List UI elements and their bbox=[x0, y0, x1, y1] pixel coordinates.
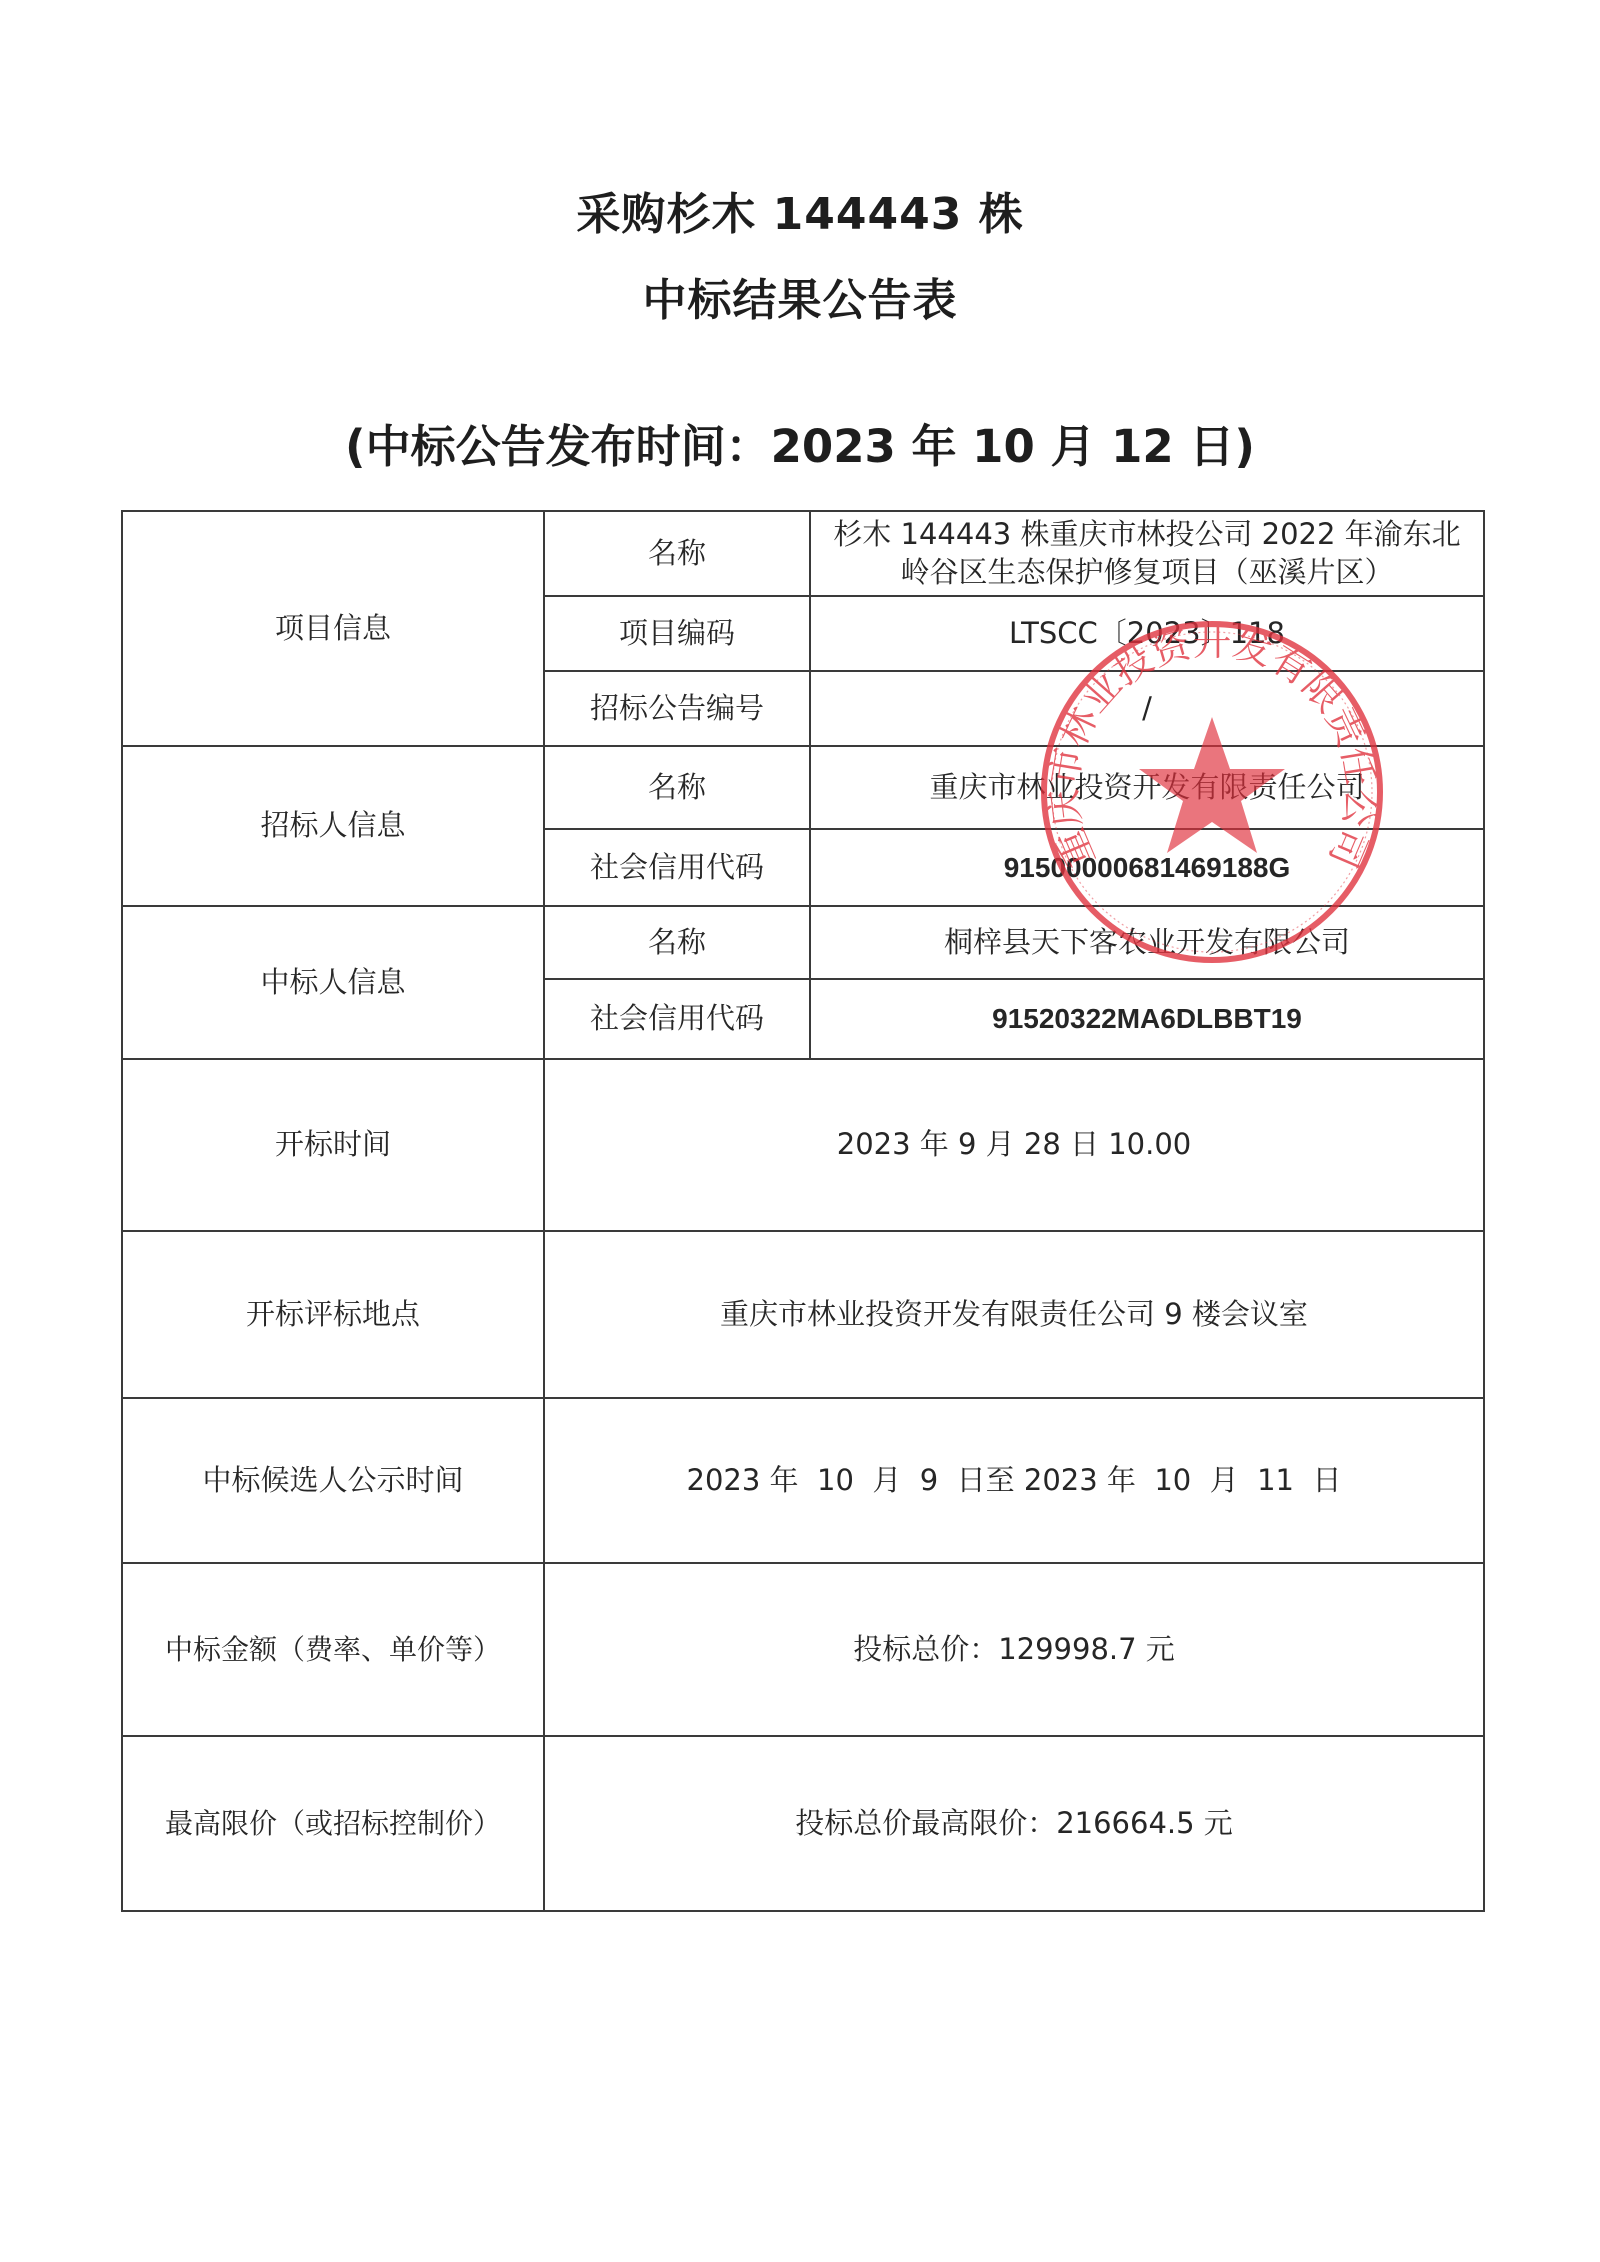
table-row: 中标人信息 名称 桐梓县天下客农业开发有限公司 bbox=[122, 906, 1484, 979]
project-code-label: 项目编码 bbox=[544, 596, 810, 671]
tenderer-credit-code-label: 社会信用代码 bbox=[544, 829, 810, 906]
project-name-label: 名称 bbox=[544, 511, 810, 596]
project-name-value: 杉木 144443 株重庆市林投公司 2022 年渝东北 岭谷区生态保护修复项目… bbox=[810, 511, 1484, 596]
candidate-publicity-value: 2023 年 10 月 9 日至 2023 年 10 月 11 日 bbox=[544, 1398, 1484, 1563]
winner-name-label: 名称 bbox=[544, 906, 810, 979]
max-price-value: 投标总价最高限价：216664.5 元 bbox=[544, 1736, 1484, 1911]
bid-location-label: 开标评标地点 bbox=[122, 1231, 544, 1398]
table-row: 项目信息 名称 杉木 144443 株重庆市林投公司 2022 年渝东北 岭谷区… bbox=[122, 511, 1484, 596]
table-row: 开标时间 2023 年 9 月 28 日 10.00 bbox=[122, 1059, 1484, 1231]
winner-info-label: 中标人信息 bbox=[122, 906, 544, 1059]
tenderer-name-value: 重庆市林业投资开发有限责任公司 bbox=[810, 746, 1484, 829]
table-row: 中标金额（费率、单价等） 投标总价：129998.7 元 bbox=[122, 1563, 1484, 1736]
notice-number-value: / bbox=[810, 671, 1484, 746]
table-row: 开标评标地点 重庆市林业投资开发有限责任公司 9 楼会议室 bbox=[122, 1231, 1484, 1398]
document-page: 采购杉木 144443 株 中标结果公告表 (中标公告发布时间：2023 年 1… bbox=[0, 0, 1600, 2262]
bid-opening-time-value: 2023 年 9 月 28 日 10.00 bbox=[544, 1059, 1484, 1231]
table-row: 招标人信息 名称 重庆市林业投资开发有限责任公司 bbox=[122, 746, 1484, 829]
winner-credit-code-value: 91520322MA6DLBBT19 bbox=[810, 979, 1484, 1059]
winner-credit-code-label: 社会信用代码 bbox=[544, 979, 810, 1059]
tenderer-info-label: 招标人信息 bbox=[122, 746, 544, 906]
table-row: 中标候选人公示时间 2023 年 10 月 9 日至 2023 年 10 月 1… bbox=[122, 1398, 1484, 1563]
tenderer-name-label: 名称 bbox=[544, 746, 810, 829]
tenderer-credit-code-value: 91500000681469188G bbox=[810, 829, 1484, 906]
winner-name-value: 桐梓县天下客农业开发有限公司 bbox=[810, 906, 1484, 979]
award-amount-value: 投标总价：129998.7 元 bbox=[544, 1563, 1484, 1736]
award-amount-label: 中标金额（费率、单价等） bbox=[122, 1563, 544, 1736]
project-code-value: LTSCC〔2023〕118 bbox=[810, 596, 1484, 671]
table-row: 最高限价（或招标控制价） 投标总价最高限价：216664.5 元 bbox=[122, 1736, 1484, 1911]
candidate-publicity-label: 中标候选人公示时间 bbox=[122, 1398, 544, 1563]
max-price-label: 最高限价（或招标控制价） bbox=[122, 1736, 544, 1911]
bid-opening-time-label: 开标时间 bbox=[122, 1059, 544, 1231]
bid-location-value: 重庆市林业投资开发有限责任公司 9 楼会议室 bbox=[544, 1231, 1484, 1398]
project-info-label: 项目信息 bbox=[122, 511, 544, 746]
document-title: 采购杉木 144443 株 bbox=[0, 178, 1600, 242]
project-name-line1: 杉木 144443 株重庆市林投公司 2022 年渝东北 bbox=[821, 516, 1473, 553]
document-subtitle: 中标结果公告表 bbox=[0, 264, 1600, 328]
result-table-wrapper: 项目信息 名称 杉木 144443 株重庆市林投公司 2022 年渝东北 岭谷区… bbox=[121, 510, 1483, 1910]
project-name-line2: 岭谷区生态保护修复项目（巫溪片区） bbox=[821, 554, 1473, 591]
award-result-table: 项目信息 名称 杉木 144443 株重庆市林投公司 2022 年渝东北 岭谷区… bbox=[121, 510, 1485, 1912]
notice-number-label: 招标公告编号 bbox=[544, 671, 810, 746]
publish-date: (中标公告发布时间：2023 年 10 月 12 日) bbox=[0, 410, 1600, 475]
